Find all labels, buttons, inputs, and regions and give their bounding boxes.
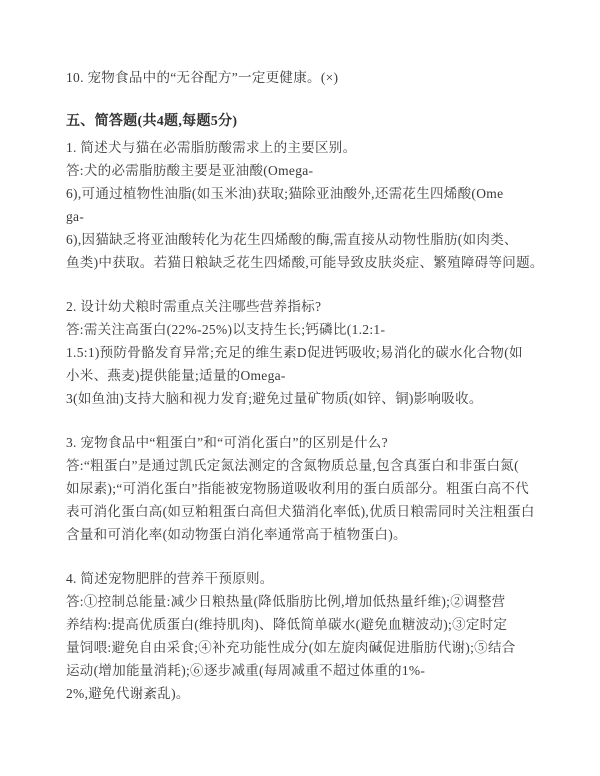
answer-1-line-4: 6),因猫缺乏将亚油酸转化为花生四烯酸的酶,需直接从动物性脂肪(如肉类、 [66, 228, 544, 251]
question-3: 3. 宠物食品中“粗蛋白”和“可消化蛋白”的区别是什么? [66, 431, 544, 454]
section-title: 五、简答题(共4题,每题5分) [66, 110, 544, 134]
answer-4-line-1: 答:①控制总能量:减少日粮热量(降低脂肪比例,增加低热量纤维);②调整营 [66, 590, 544, 613]
answer-2-line-3: 小米、燕麦)提供能量;适量的Omega- [66, 364, 544, 387]
answer-4-line-2: 养结构:提高优质蛋白(维持肌肉)、降低简单碳水(避免血糖波动);③定时定 [66, 613, 544, 636]
question-4: 4. 简述宠物肥胖的营养干预原则。 [66, 567, 544, 590]
answer-4-line-5: 2%,避免代谢紊乱)。 [66, 682, 544, 705]
document-page: 10. 宠物食品中的“无谷配方”一定更健康。(×) 五、简答题(共4题,每题5分… [0, 0, 600, 776]
answer-2-line-2: 1.5:1)预防骨骼发育异常;充足的维生素D促进钙吸收;易消化的碳水化合物(如 [66, 341, 544, 364]
answer-3-line-4: 含量和可消化率(如动物蛋白消化率通常高于植物蛋白)。 [66, 523, 544, 546]
answer-2-line-4: 3(如鱼油)支持大脑和视力发育;避免过量矿物质(如锌、铜)影响吸收。 [66, 387, 544, 410]
qa-block-3: 3. 宠物食品中“粗蛋白”和“可消化蛋白”的区别是什么? 答:“粗蛋白”是通过凯… [66, 431, 544, 546]
qa-block-1: 1. 简述犬与猫在必需脂肪酸需求上的主要区别。 答:犬的必需脂肪酸主要是亚油酸(… [66, 136, 544, 274]
answer-3-line-2: 如尿素);“可消化蛋白”指能被宠物肠道吸收利用的蛋白质部分。粗蛋白高不代 [66, 477, 544, 500]
answer-1-line-2: 6),可通过植物性油脂(如玉米油)获取;猫除亚油酸外,还需花生四烯酸(Ome [66, 182, 544, 205]
answer-1-line-5: 鱼类)中获取。若猫日粮缺乏花生四烯酸,可能导致皮肤炎症、繁殖障碍等问题。 [66, 251, 544, 274]
answer-3-line-1: 答:“粗蛋白”是通过凯氏定氮法测定的含氮物质总量,包含真蛋白和非蛋白氮( [66, 454, 544, 477]
answer-3-line-3: 表可消化蛋白高(如豆粕粗蛋白高但犬猫消化率低),优质日粮需同时关注粗蛋白 [66, 500, 544, 523]
answer-4-line-3: 量饲喂:避免自由采食;④补充功能性成分(如左旋肉碱促进脂肪代谢);⑤结合 [66, 636, 544, 659]
qa-block-4: 4. 简述宠物肥胖的营养干预原则。 答:①控制总能量:减少日粮热量(降低脂肪比例… [66, 567, 544, 705]
answer-4-line-4: 运动(增加能量消耗);⑥逐步减重(每周减重不超过体重的1%- [66, 659, 544, 682]
qa-block-2: 2. 设计幼犬粮时需重点关注哪些营养指标? 答:需关注高蛋白(22%-25%)以… [66, 295, 544, 410]
question-2: 2. 设计幼犬粮时需重点关注哪些营养指标? [66, 295, 544, 318]
answer-1-line-3: ga- [66, 205, 544, 228]
question-1: 1. 简述犬与猫在必需脂肪酸需求上的主要区别。 [66, 136, 544, 159]
answer-1-line-1: 答:犬的必需脂肪酸主要是亚油酸(Omega- [66, 159, 544, 182]
true-false-item-10: 10. 宠物食品中的“无谷配方”一定更健康。(×) [66, 66, 544, 89]
answer-2-line-1: 答:需关注高蛋白(22%-25%)以支持生长;钙磷比(1.2:1- [66, 318, 544, 341]
